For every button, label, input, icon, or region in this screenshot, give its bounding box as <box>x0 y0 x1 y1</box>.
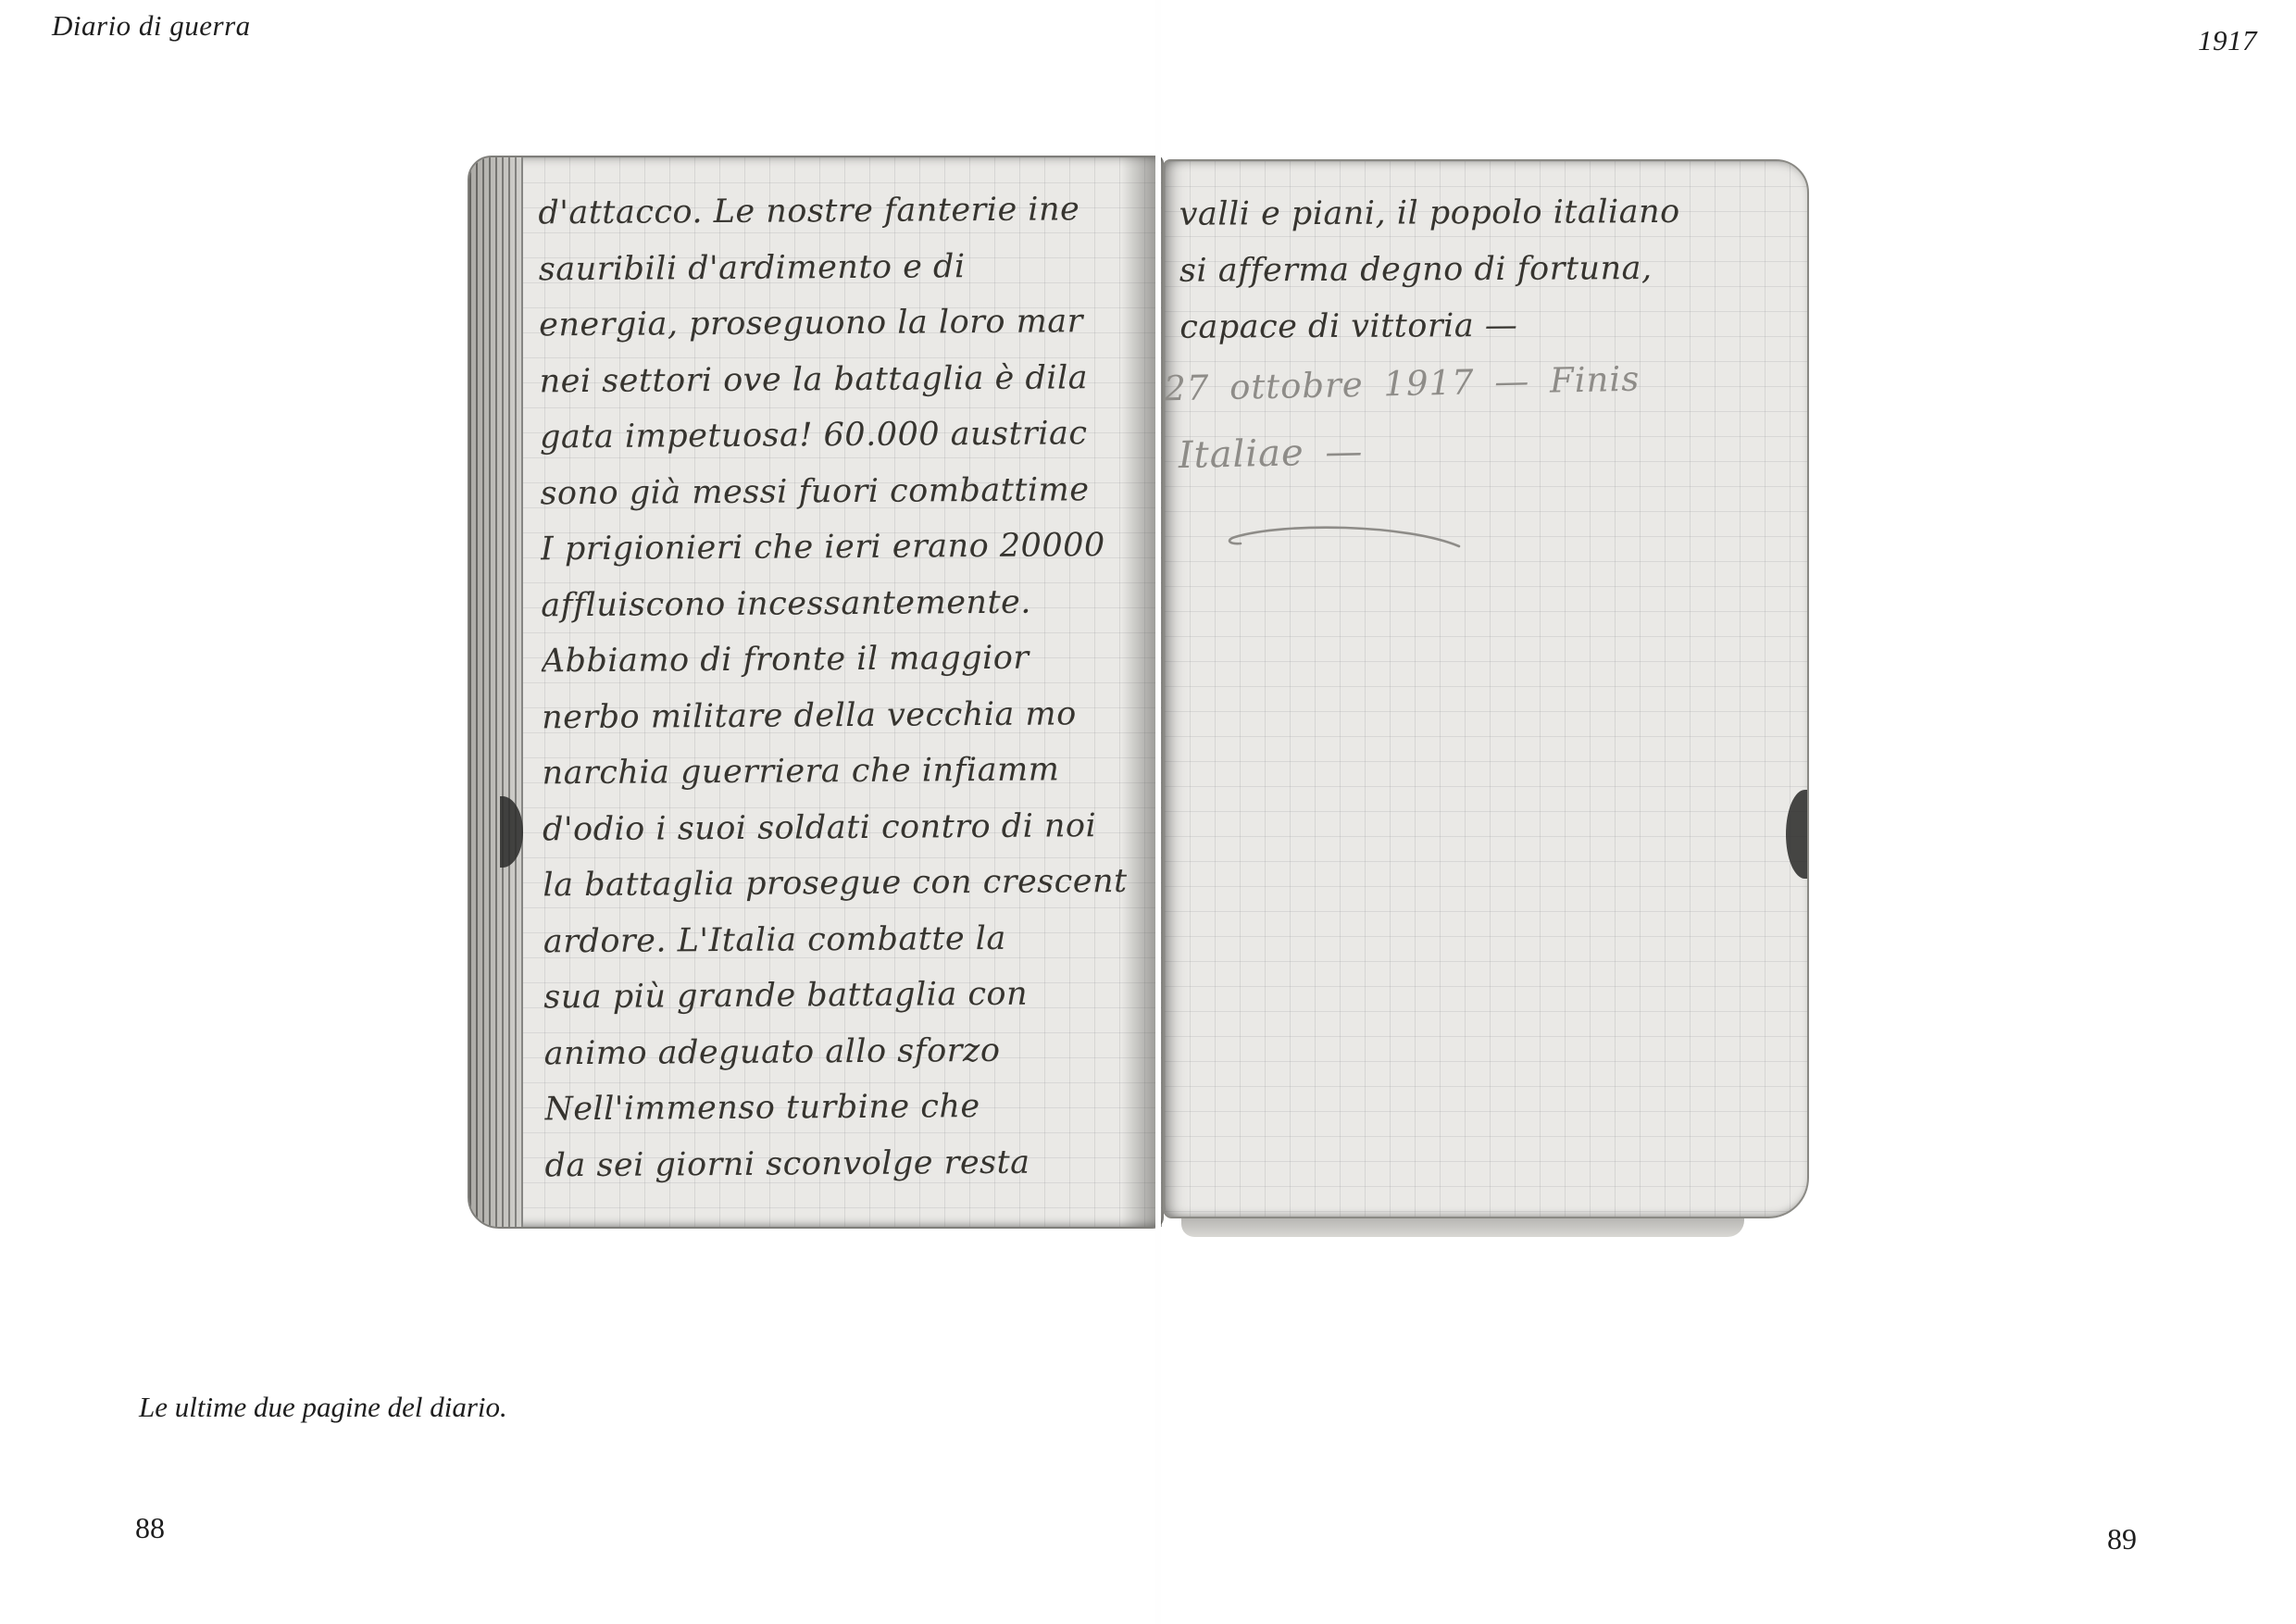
right-page-pencil-note: 27 ottobre 1917 — Finis Italiae — <box>1164 346 1642 490</box>
right-page-edge-notch <box>1786 790 1807 879</box>
handwriting-line: narchia guerriera che infiamm <box>542 742 1164 802</box>
scan-fold-seam <box>1155 0 1161 1624</box>
handwriting-line: nerbo militare della vecchia mo <box>542 685 1164 745</box>
pencil-finis-line: Italiae — <box>1165 413 1641 490</box>
handwriting-line: da sei giorni sconvolge resta <box>544 1133 1167 1193</box>
right-page-handwriting: valli e piani, il popolo italiano si aff… <box>1179 183 1806 356</box>
figure-caption: Le ultime due pagine del diario. <box>139 1391 507 1424</box>
book-plate-scan: Diario di guerra 1917 d'attacco. Le nost… <box>0 0 2296 1624</box>
handwriting-line: sua più grande battaglia con <box>543 966 1166 1026</box>
page-number-left: 88 <box>135 1511 165 1545</box>
handwriting-line: sono già messi fuori combattime <box>540 461 1162 521</box>
handwriting-line: sauribili d'ardimento e di <box>539 237 1161 297</box>
handwriting-line: gata impetuosa! 60.000 austriac <box>540 406 1162 466</box>
notebook-left-page: d'attacco. Le nostre fanterie ine saurib… <box>468 156 1164 1229</box>
handwriting-line: affluiscono incessantemente. <box>541 573 1163 633</box>
running-head-title: Diario di guerra <box>52 9 251 43</box>
handwriting-line: ardore. L'Italia combatte la <box>543 909 1166 969</box>
notebook-right-page: valli e piani, il popolo italiano si aff… <box>1163 159 1809 1218</box>
handwriting-line: I prigionieri che ieri erano 20000 <box>541 518 1163 578</box>
handwriting-line: la battaglia prosegue con crescent <box>543 854 1165 914</box>
left-page-handwriting: d'attacco. Le nostre fanterie ine saurib… <box>538 181 1167 1205</box>
handwriting-line: nei settori ove la battaglia è dila <box>539 349 1161 409</box>
left-page-edge-notch <box>500 796 523 868</box>
handwriting-line: valli e piani, il popolo italiano <box>1179 183 1805 244</box>
handwriting-line: si afferma degno di fortuna, <box>1179 240 1805 300</box>
handwriting-line: d'attacco. Le nostre fanterie ine <box>538 181 1160 242</box>
handwriting-line: animo adeguato allo sforzo <box>544 1021 1167 1081</box>
pencil-date-line: 27 ottobre 1917 — Finis <box>1164 346 1641 423</box>
handwriting-line: capace di vittoria — <box>1179 296 1805 356</box>
page-number-right: 89 <box>2107 1522 2137 1556</box>
handwriting-line: energia, proseguono la loro mar <box>539 294 1161 354</box>
handwriting-line: Abbiamo di fronte il maggior <box>542 630 1164 690</box>
running-head-year: 1917 <box>2198 24 2257 57</box>
handwriting-line: Nell'immenso turbine che <box>544 1078 1167 1138</box>
handwriting-line: d'odio i suoi soldati contro di noi <box>543 797 1165 857</box>
pencil-flourish-underline <box>1220 513 1470 559</box>
